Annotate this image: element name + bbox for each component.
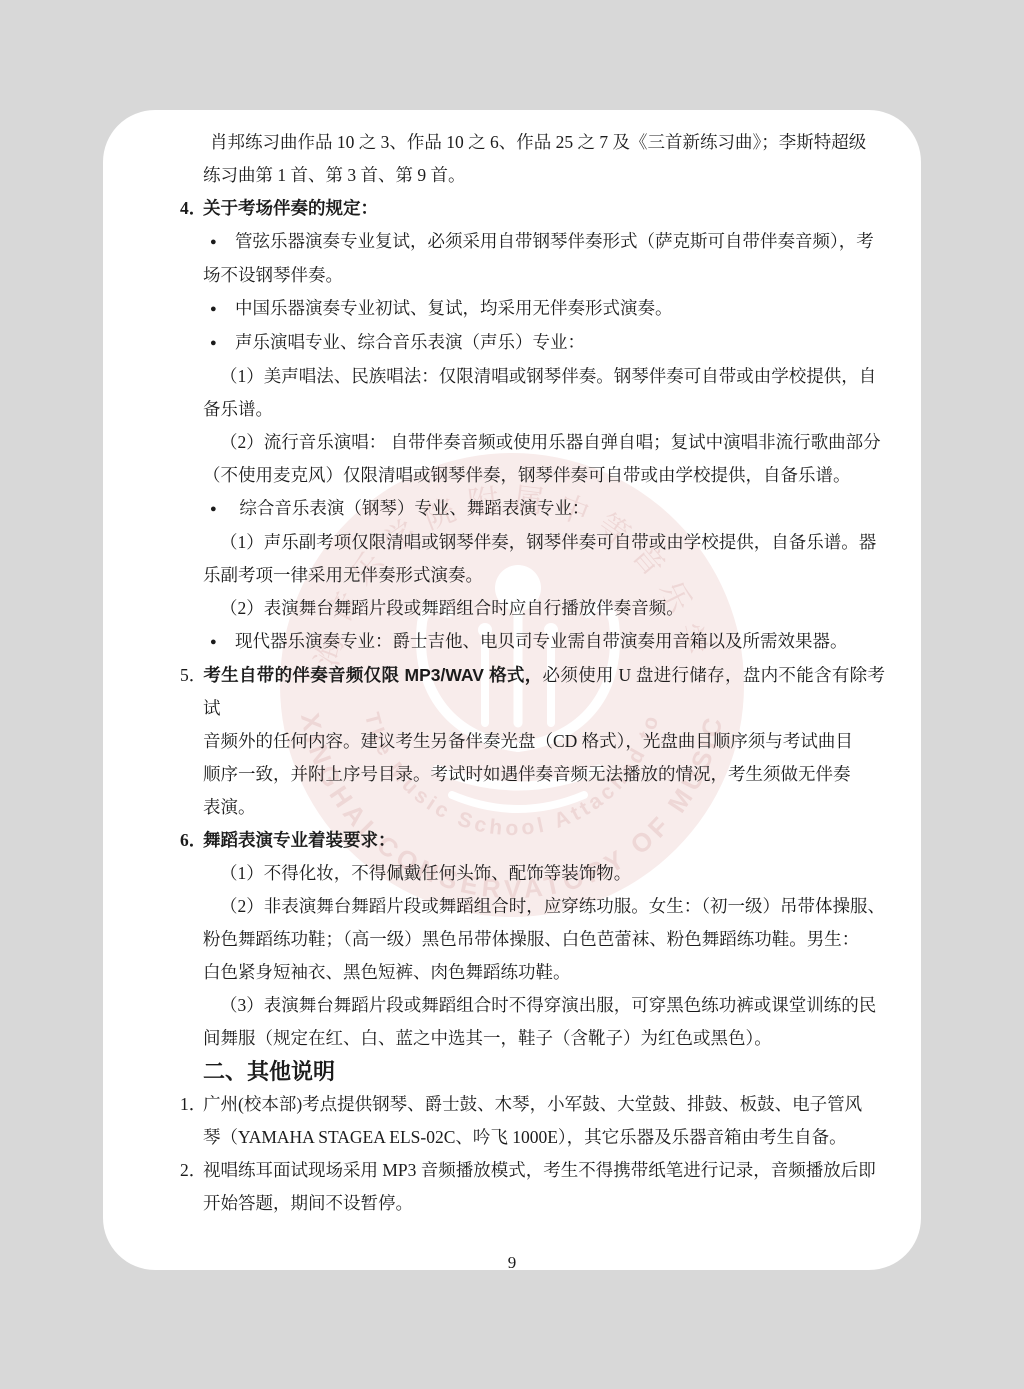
item-6-dress-code: 6．舞蹈表演专业着装要求： [203,824,885,857]
other-item-1-instruments-provided: 1．广州(校本部)考点提供钢琴、爵士鼓、木琴，小军鼓、大堂鼓、排鼓、板鼓、电子管… [203,1088,885,1154]
item-4-accompaniment-rules: 4．关于考场伴奏的规定： [203,192,885,225]
bullet-modern-text: 现代器乐演奏专业：爵士吉他、电贝司专业需自带演奏用音箱以及所需效果器。 [235,631,848,651]
sub-item-bel-canto: （1）美声唱法、民族唱法：仅限清唱或钢琴伴奏。钢琴伴奏可自带或由学校提供，自 备… [203,360,885,426]
item-5-bold-text: 考生自带的伴奏音频仅限 MP3/WAV 格式， [203,665,543,685]
item-6-number: 6． [180,824,203,857]
other-item-2-ear-training: 2．视唱练耳面试现场采用 MP3 音频播放模式，考生不得携带纸笔进行记录，音频播… [203,1154,885,1220]
bullet-piano-dance-majors: ● 综合音乐表演（钢琴）专业、舞蹈表演专业： [203,492,885,526]
sub-item-no-makeup: （1）不得化妆，不得佩戴任何头饰、配饰等装饰物。 [203,857,885,890]
bullet-icon: ● [210,327,235,360]
bullet-icon: ● [210,226,235,259]
sub-item-stage-dance-clothes: （3）表演舞台舞蹈片段或舞蹈组合时不得穿演出服，可穿黑色练功裤或课堂训练的民 间… [203,989,885,1055]
bullet-icon: ● [210,293,235,326]
item-4-title: 关于考场伴奏的规定： [203,198,378,218]
bullet-orchestral-instruments: ●管弦乐器演奏专业复试，必须采用自带钢琴伴奏形式（萨克斯可自带伴奏音频），考 场… [203,225,885,292]
bullet-vocal-text: 声乐演唱专业、综合音乐表演（声乐）专业： [235,332,585,352]
item-4-number: 4． [180,192,203,225]
other-item-2-text: 视唱练耳面试现场采用 MP3 音频播放模式，考生不得携带纸笔进行记录，音频播放后… [203,1160,876,1213]
page-number: 9 [103,1253,921,1270]
bullet-piano-dance-text: 综合音乐表演（钢琴）专业、舞蹈表演专业： [235,498,589,518]
other-item-1-text: 广州(校本部)考点提供钢琴、爵士鼓、木琴，小军鼓、大堂鼓、排鼓、板鼓、电子管风 … [203,1094,862,1147]
sub-item-practice-clothes: （2）非表演舞台舞蹈片段或舞蹈组合时，应穿练功服。女生：（初一级）吊带体操服、 … [203,890,885,989]
bullet-chinese-instruments: ●中国乐器演奏专业初试、复试，均采用无伴奏形式演奏。 [203,292,885,326]
sub-item-pop-vocal: （2）流行音乐演唱： 自带伴奏音频或使用乐器自弹自唱；复试中演唱非流行歌曲部分 … [203,426,885,492]
bullet-icon: ● [210,493,235,526]
bullet-vocal-majors: ●声乐演唱专业、综合音乐表演（声乐）专业： [203,326,885,360]
section-2-heading: 二、其他说明 [203,1055,885,1088]
document-page-card: 星海音乐学院附属中等音乐学校 XINGHAI CONSERVATORY OF M… [103,110,921,1270]
document-body: 肖邦练习曲作品 10 之 3、作品 10 之 6、作品 25 之 7 及《三首新… [103,110,921,1220]
item-6-title: 舞蹈表演专业着装要求： [203,830,396,850]
other-item-2-number: 2． [180,1154,203,1187]
bullet-orchestral-text: 管弦乐器演奏专业复试，必须采用自带钢琴伴奏形式（萨克斯可自带伴奏音频），考 场不… [203,231,874,285]
document-page-background: { "page": { "background_color": "#d8d8d8… [0,0,1024,1389]
item-5-rest-text: 必须使用 U 盘进行储存，盘内不能含有除考试 音频外的任何内容。建议考生另备伴奏… [203,665,885,817]
other-item-1-number: 1． [180,1088,203,1121]
sub-item-dance-audio: （2）表演舞台舞蹈片段或舞蹈组合时应自行播放伴奏音频。 [203,592,885,625]
item-5-audio-format: 5．考生自带的伴奏音频仅限 MP3/WAV 格式，必须使用 U 盘进行储存，盘内… [203,659,885,824]
paragraph-chopin-etudes: 肖邦练习曲作品 10 之 3、作品 10 之 6、作品 25 之 7 及《三首新… [203,126,885,192]
item-5-number: 5． [180,659,203,692]
bullet-chinese-text: 中国乐器演奏专业初试、复试，均采用无伴奏形式演奏。 [235,298,673,318]
bullet-icon: ● [210,626,235,659]
sub-item-vocal-secondary: （1）声乐副考项仅限清唱或钢琴伴奏，钢琴伴奏可自带或由学校提供，自备乐谱。器 乐… [203,526,885,592]
bullet-modern-instruments: ●现代器乐演奏专业：爵士吉他、电贝司专业需自带演奏用音箱以及所需效果器。 [203,625,885,659]
